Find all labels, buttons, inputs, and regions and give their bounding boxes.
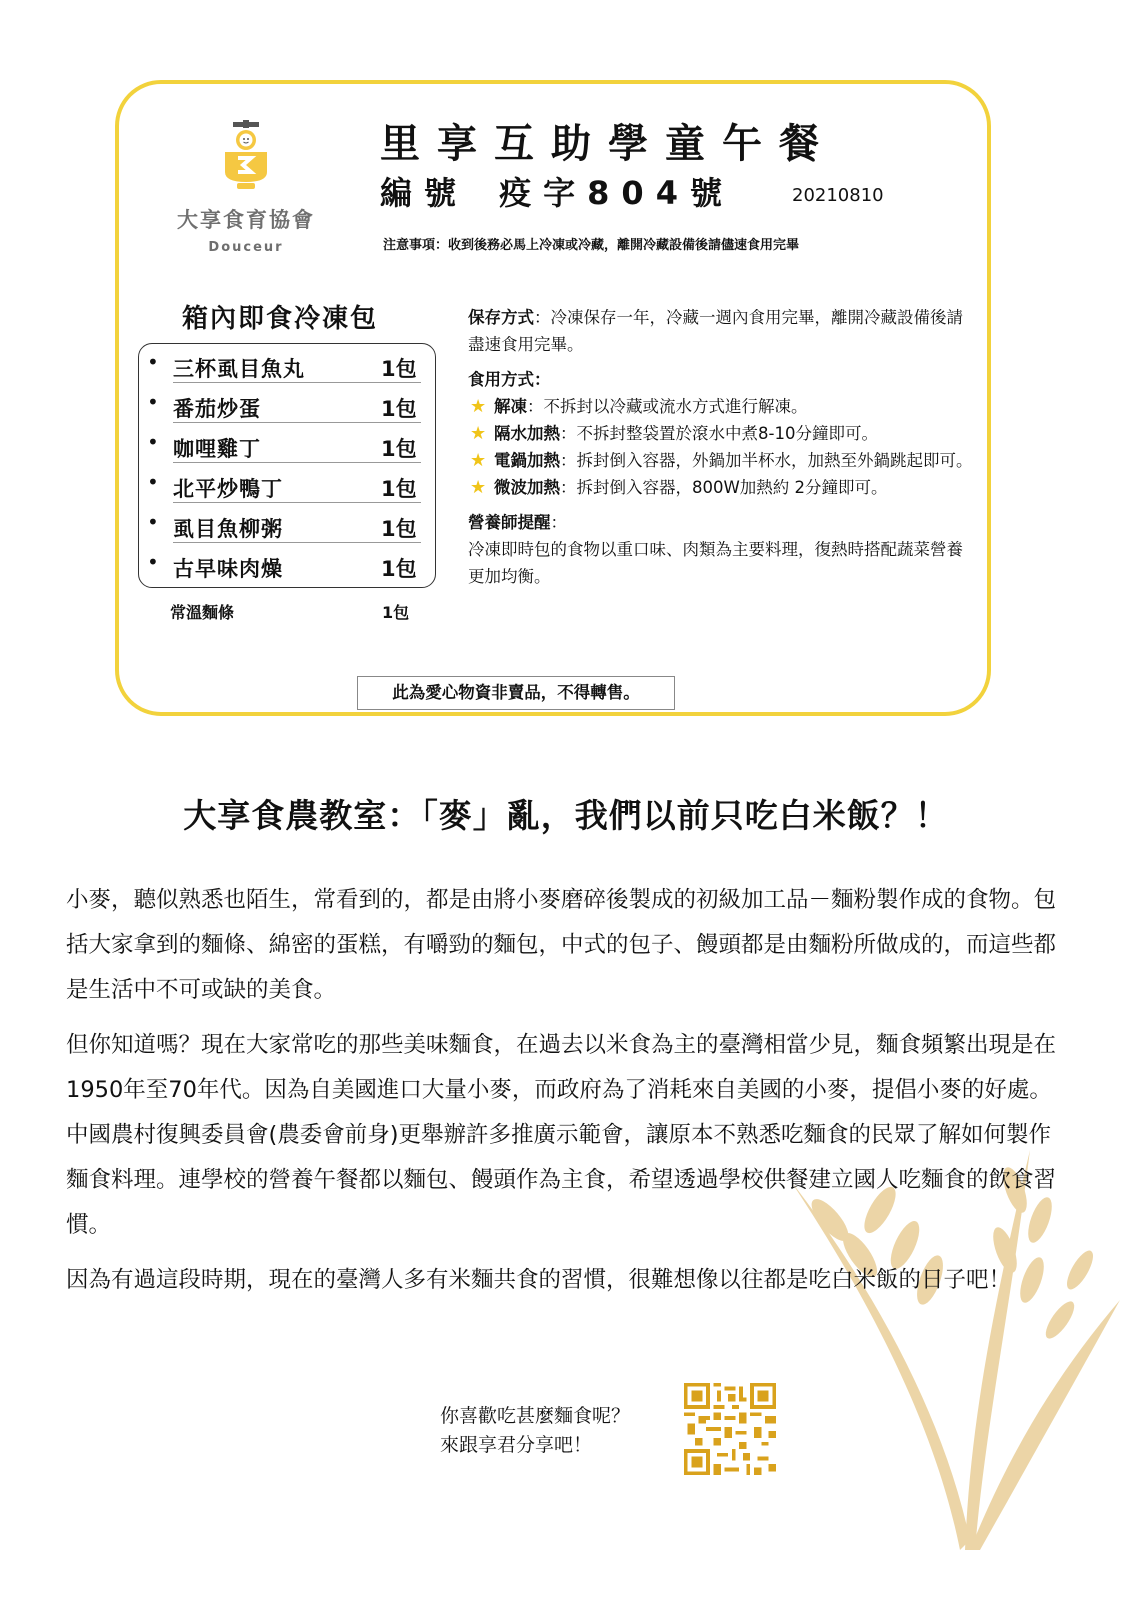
code-label: 編號 bbox=[380, 174, 468, 212]
item-qty: 1包 bbox=[381, 353, 417, 383]
disclaimer: 此為愛心物資非賣品，不得轉售。 bbox=[357, 676, 675, 710]
bullet-icon: • bbox=[147, 470, 159, 494]
notice: 注意事項：收到後務必馬上冷凍或冷藏，離開冷藏設備後請儘速食用完畢 bbox=[383, 234, 799, 253]
item-qty: 1包 bbox=[381, 473, 417, 503]
method-item: ★隔水加熱：不拆封整袋置於滾水中煮8-10分鐘即可。 bbox=[468, 420, 978, 447]
star-icon: ★ bbox=[470, 393, 486, 420]
item-name: 咖哩雞丁 bbox=[173, 433, 261, 463]
star-icon: ★ bbox=[470, 420, 486, 447]
pack-title: 箱內即食冷凍包 bbox=[182, 298, 378, 335]
code-value: 疫字804號 bbox=[499, 174, 734, 212]
method-text: ：拆封倒入容器，外鍋加半杯水，加熱至外鍋跳起即可。 bbox=[560, 451, 973, 470]
article-title: 大享食農教室：「麥」亂，我們以前只吃白米飯？！ bbox=[0, 790, 1132, 837]
nutrition-label-text: 營養師提醒 bbox=[468, 513, 551, 532]
item-name: 番茄炒蛋 bbox=[173, 393, 261, 423]
rice-bowl-mascot-icon bbox=[221, 120, 271, 196]
list-item: • 虱目魚柳粥 1包 bbox=[143, 504, 433, 543]
star-icon: ★ bbox=[470, 474, 486, 501]
colon: ： bbox=[551, 513, 568, 532]
org-name: 大享食育協會 bbox=[176, 204, 316, 234]
bullet-icon: • bbox=[147, 390, 159, 414]
bullet-icon: • bbox=[147, 550, 159, 574]
cta-line: 你喜歡吃甚麼麵食呢？ bbox=[440, 1402, 630, 1431]
list-item: • 咖哩雞丁 1包 bbox=[143, 424, 433, 463]
date: 20210810 bbox=[792, 185, 884, 206]
qr-code-icon[interactable] bbox=[684, 1383, 776, 1475]
page-title: 里享互助學童午餐 bbox=[380, 112, 836, 169]
method-item: ★解凍：不拆封以冷藏或流水方式進行解凍。 bbox=[468, 393, 978, 420]
paragraph: 小麥，聽似熟悉也陌生，常看到的，都是由將小麥磨碎後製成的初級加工品－麵粉製作成的… bbox=[66, 878, 1056, 1013]
paragraph: 因為有過這段時期，現在的臺灣人多有米麵共食的習慣，很難想像以往都是吃白米飯的日子… bbox=[66, 1258, 1056, 1303]
divider bbox=[173, 422, 421, 423]
list-item: • 番茄炒蛋 1包 bbox=[143, 384, 433, 423]
code-row: 編號 疫字804號 bbox=[380, 168, 734, 214]
logo: 大享食育協會 Douceur bbox=[176, 120, 316, 255]
call-to-action: 你喜歡吃甚麼麵食呢？ 來跟享君分享吧！ bbox=[440, 1402, 630, 1460]
method-item: ★電鍋加熱：拆封倒入容器，外鍋加半杯水，加熱至外鍋跳起即可。 bbox=[468, 447, 978, 474]
method-text: ：不拆封以冷藏或流水方式進行解凍。 bbox=[527, 397, 808, 416]
article-body: 小麥，聽似熟悉也陌生，常看到的，都是由將小麥磨碎後製成的初級加工品－麵粉製作成的… bbox=[66, 878, 1056, 1313]
method-label: 隔水加熱 bbox=[494, 424, 560, 443]
item-qty: 1包 bbox=[381, 393, 417, 423]
list-item: • 古早味肉燥 1包 bbox=[143, 544, 433, 583]
item-name: 虱目魚柳粥 bbox=[173, 513, 283, 543]
bullet-icon: • bbox=[147, 350, 159, 374]
method-text: ：不拆封整袋置於滾水中煮8-10分鐘即可。 bbox=[560, 424, 878, 443]
method-label: 微波加熱 bbox=[494, 478, 560, 497]
storage-label: 保存方式 bbox=[468, 308, 534, 327]
item-qty: 1包 bbox=[382, 600, 409, 623]
list-item: • 北平炒鴨丁 1包 bbox=[143, 464, 433, 503]
nutrition-text: 冷凍即時包的食物以重口味、肉類為主要料理，復熱時搭配蔬菜營養更加均衡。 bbox=[468, 536, 978, 590]
org-name-en: Douceur bbox=[176, 240, 316, 255]
method-text: ：拆封倒入容器，800W加熱約 2分鐘即可。 bbox=[560, 478, 888, 497]
pack-list: • 三杯虱目魚丸 1包 • 番茄炒蛋 1包 • 咖哩雞丁 1包 • 北平炒鴨丁 … bbox=[138, 343, 436, 588]
item-name: 北平炒鴨丁 bbox=[173, 473, 283, 503]
usage-label-text: 食用方式： bbox=[468, 370, 551, 389]
storage-text: ：冷凍保存一年，冷藏一週內食用完畢，離開冷藏設備後請盡速食用完畢。 bbox=[468, 308, 963, 354]
usage-label: 食用方式： bbox=[468, 366, 978, 393]
instructions: 保存方式：冷凍保存一年，冷藏一週內食用完畢，離開冷藏設備後請盡速食用完畢。 食用… bbox=[468, 304, 978, 590]
divider bbox=[173, 462, 421, 463]
storage-section: 保存方式：冷凍保存一年，冷藏一週內食用完畢，離開冷藏設備後請盡速食用完畢。 bbox=[468, 304, 978, 358]
method-label: 解凍 bbox=[494, 397, 527, 416]
bullet-icon: • bbox=[147, 430, 159, 454]
item-qty: 1包 bbox=[381, 513, 417, 543]
paragraph: 但你知道嗎？現在大家常吃的那些美味麵食，在過去以米食為主的臺灣相當少見，麵食頻繁… bbox=[66, 1023, 1056, 1248]
cta-line: 來跟享君分享吧！ bbox=[440, 1431, 630, 1460]
item-name: 古早味肉燥 bbox=[173, 553, 283, 583]
item-qty: 1包 bbox=[381, 433, 417, 463]
divider bbox=[173, 542, 421, 543]
method-label: 電鍋加熱 bbox=[494, 451, 560, 470]
bullet-icon: • bbox=[147, 510, 159, 534]
divider bbox=[173, 382, 421, 383]
item-qty: 1包 bbox=[381, 553, 417, 583]
list-item: • 三杯虱目魚丸 1包 bbox=[143, 344, 433, 383]
extra-item: 常溫麵條 1包 bbox=[170, 600, 416, 623]
method-item: ★微波加熱：拆封倒入容器，800W加熱約 2分鐘即可。 bbox=[468, 474, 978, 501]
nutrition-label: 營養師提醒： bbox=[468, 509, 978, 536]
item-name: 三杯虱目魚丸 bbox=[173, 353, 305, 383]
divider bbox=[173, 502, 421, 503]
item-name: 常溫麵條 bbox=[170, 603, 234, 622]
star-icon: ★ bbox=[470, 447, 486, 474]
